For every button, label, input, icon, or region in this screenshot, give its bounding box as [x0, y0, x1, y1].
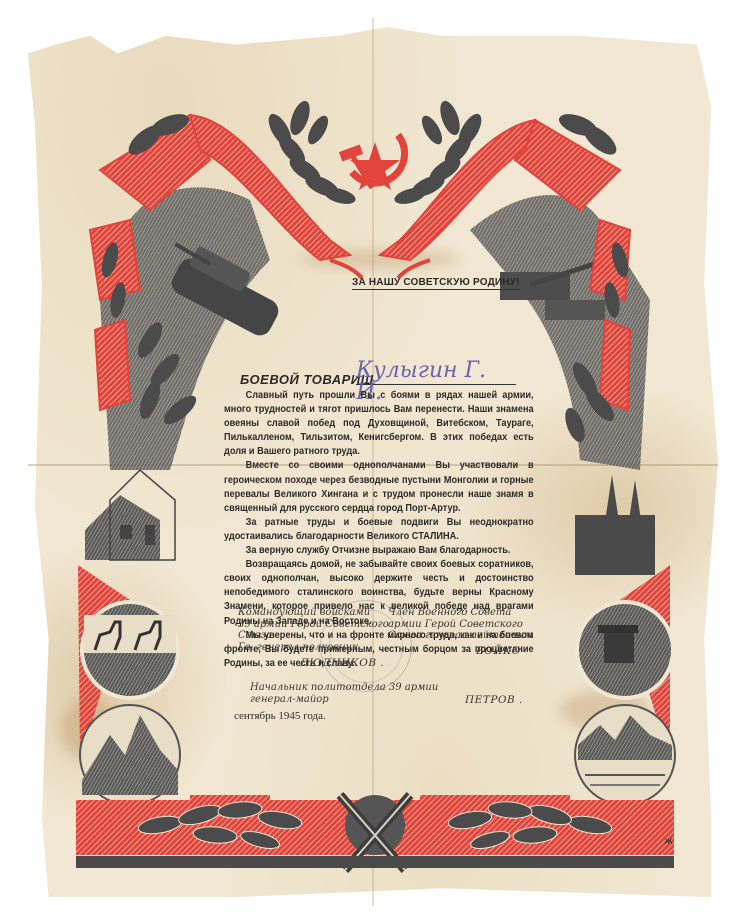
issue-date: сентябрь 1945 года. — [234, 710, 326, 722]
paragraph: За ратные труды и боевые подвиги Вы неод… — [224, 516, 534, 544]
signatory-political-title: Начальник политотдела 39 армии генерал-м… — [250, 682, 438, 705]
paragraph: За верную службу Отчизне выражаю Вам бла… — [224, 544, 534, 558]
signatory-commander-name: ЛЮДНИКОВ . — [300, 657, 384, 669]
hammer-sickle-star-icon — [339, 135, 405, 190]
paragraph: Славный путь прошли Вы с боями в рядах н… — [224, 389, 534, 459]
mountains-icon — [80, 705, 180, 805]
signatory-council-name: БОЙКО — [476, 645, 521, 657]
village-house-icon — [85, 470, 175, 560]
salutation: БОЕВОЙ ТОВАРИЩ — [240, 372, 374, 387]
motto: ЗА НАШУ СОВЕТСКУЮ РОДИНУ! — [352, 277, 520, 290]
lake-mountains-icon — [575, 705, 675, 805]
camel-caravan-icon — [82, 602, 178, 698]
paragraph: Вместе со своими однополчанами Вы участв… — [224, 459, 534, 515]
printer-mark: ж — [664, 836, 673, 847]
signatory-political-name: ПЕТРОВ . — [465, 694, 523, 706]
city-spires-icon — [575, 475, 655, 575]
bottom-divider-bar — [76, 856, 674, 868]
pagoda-icon — [577, 602, 673, 698]
signatory-council-title: Член Военного Совета армии Герой Советск… — [388, 607, 533, 642]
signatory-commander-title: Командующий войсками 39 армии Герой Сове… — [238, 607, 389, 653]
recipient-name: Кулыгин Г. И. — [356, 360, 516, 385]
